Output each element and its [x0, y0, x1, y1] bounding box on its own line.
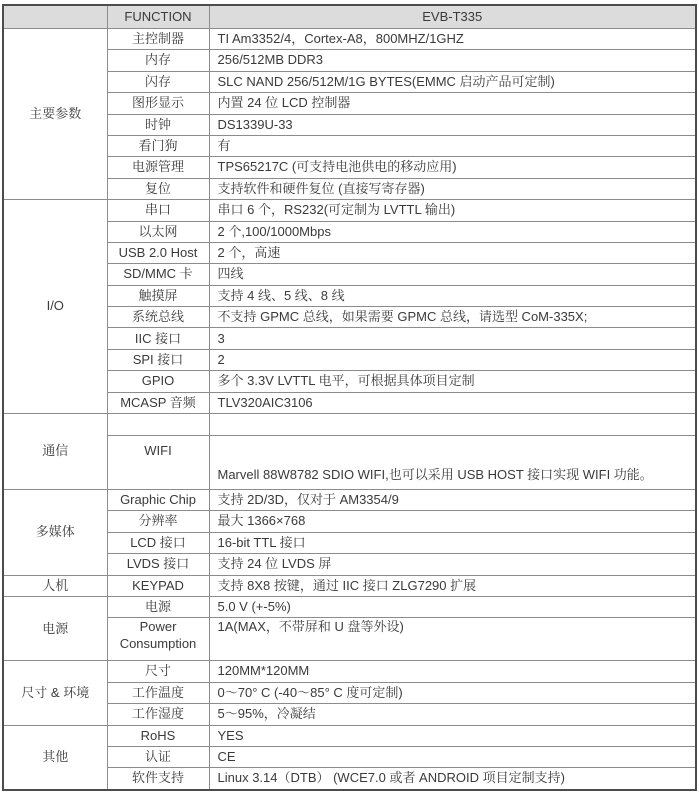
- value-cell: 四线: [209, 264, 696, 285]
- function-cell: 串口: [107, 200, 209, 221]
- function-cell: RoHS: [107, 725, 209, 746]
- table-row: GPIO多个 3.3V LVTTL 电平，可根据具体项目定制: [3, 371, 696, 392]
- table-row: 时钟DS1339U-33: [3, 114, 696, 135]
- table-row: 图形显示内置 24 位 LCD 控制器: [3, 93, 696, 114]
- category-cell: 人机: [3, 575, 107, 596]
- table-row: SD/MMC 卡四线: [3, 264, 696, 285]
- table-row: MCASP 音频TLV320AIC3106: [3, 392, 696, 413]
- function-cell: 认证: [107, 746, 209, 767]
- table-row: I/O串口串口 6 个，RS232(可定制为 LVTTL 输出): [3, 200, 696, 221]
- value-cell: 内置 24 位 LCD 控制器: [209, 93, 696, 114]
- table-row: 系统总线不支持 GPMC 总线，如果需要 GPMC 总线，请选型 CoM-335…: [3, 307, 696, 328]
- function-cell: SPI 接口: [107, 349, 209, 370]
- header-function-cell: FUNCTION: [107, 5, 209, 29]
- value-cell: CE: [209, 746, 696, 767]
- value-cell: 串口 6 个，RS232(可定制为 LVTTL 输出): [209, 200, 696, 221]
- value-cell: 支持 2D/3D，仅对于 AM3354/9: [209, 490, 696, 511]
- table-row: 多媒体Graphic Chip支持 2D/3D，仅对于 AM3354/9: [3, 490, 696, 511]
- table-row: Power Consumption1A(MAX，不带屏和 U 盘等外设): [3, 618, 696, 661]
- function-cell: 闪存: [107, 71, 209, 92]
- category-cell: 尺寸 & 环境: [3, 661, 107, 725]
- table-row: 其他RoHSYES: [3, 725, 696, 746]
- function-cell: Graphic Chip: [107, 490, 209, 511]
- value-cell: Marvell 88W8782 SDIO WIFI,也可以采用 USB HOST…: [209, 436, 696, 490]
- table-row: 分辨率最大 1366×768: [3, 511, 696, 532]
- function-cell: GPIO: [107, 371, 209, 392]
- function-cell: MCASP 音频: [107, 392, 209, 413]
- table-row: LCD 接口16-bit TTL 接口: [3, 532, 696, 553]
- value-cell: Linux 3.14（DTB） (WCE7.0 或者 ANDROID 项目定制支…: [209, 768, 696, 790]
- function-cell: Power Consumption: [107, 618, 209, 661]
- value-cell: 最大 1366×768: [209, 511, 696, 532]
- table-row: 电源电源5.0 V (+-5%): [3, 596, 696, 617]
- value-cell: 5～95%，冷凝结: [209, 704, 696, 725]
- table-body: 主要参数主控制器TI Am3352/4，Cortex-A8，800MHZ/1GH…: [3, 29, 696, 790]
- table-row: 软件支持Linux 3.14（DTB） (WCE7.0 或者 ANDROID 项…: [3, 768, 696, 790]
- table-row: WIFIMarvell 88W8782 SDIO WIFI,也可以采用 USB …: [3, 436, 696, 490]
- table-row: 人机KEYPAD支持 8X8 按键，通过 IIC 接口 ZLG7290 扩展: [3, 575, 696, 596]
- category-cell: 电源: [3, 596, 107, 660]
- value-cell: 支持 24 位 LVDS 屏: [209, 554, 696, 575]
- table-row: 闪存SLC NAND 256/512M/1G BYTES(EMMC 启动产品可定…: [3, 71, 696, 92]
- value-cell: 支持 8X8 按键，通过 IIC 接口 ZLG7290 扩展: [209, 575, 696, 596]
- function-cell: [107, 414, 209, 436]
- function-cell: 图形显示: [107, 93, 209, 114]
- value-cell: TPS65217C (可支持电池供电的移动应用): [209, 157, 696, 178]
- function-cell: 尺寸: [107, 661, 209, 682]
- page: FUNCTION EVB-T335 主要参数主控制器TI Am3352/4，Co…: [0, 0, 699, 793]
- function-cell: 系统总线: [107, 307, 209, 328]
- value-cell: SLC NAND 256/512M/1G BYTES(EMMC 启动产品可定制): [209, 71, 696, 92]
- value-cell: TLV320AIC3106: [209, 392, 696, 413]
- category-cell: 其他: [3, 725, 107, 790]
- table-row: 电源管理TPS65217C (可支持电池供电的移动应用): [3, 157, 696, 178]
- table-row: 以太网2 个,100/1000Mbps: [3, 221, 696, 242]
- table-row: 主要参数主控制器TI Am3352/4，Cortex-A8，800MHZ/1GH…: [3, 29, 696, 50]
- value-cell: DS1339U-33: [209, 114, 696, 135]
- value-cell: 3: [209, 328, 696, 349]
- table-row: 认证CE: [3, 746, 696, 767]
- function-cell: 以太网: [107, 221, 209, 242]
- value-cell: 支持软件和硬件复位 (直接写寄存器): [209, 178, 696, 199]
- value-cell: 5.0 V (+-5%): [209, 596, 696, 617]
- value-cell: TI Am3352/4，Cortex-A8，800MHZ/1GHZ: [209, 29, 696, 50]
- table-row: 触摸屏支持 4 线、5 线、8 线: [3, 285, 696, 306]
- value-cell: 120MM*120MM: [209, 661, 696, 682]
- function-cell: WIFI: [107, 436, 209, 490]
- header-row: FUNCTION EVB-T335: [3, 5, 696, 29]
- table-row: 看门狗有: [3, 135, 696, 156]
- function-cell: 电源: [107, 596, 209, 617]
- category-cell: 多媒体: [3, 490, 107, 576]
- header-category-cell: [3, 5, 107, 29]
- value-cell: 2 个，高速: [209, 242, 696, 263]
- category-cell: I/O: [3, 200, 107, 414]
- function-cell: 主控制器: [107, 29, 209, 50]
- function-cell: 工作湿度: [107, 704, 209, 725]
- table-row: 复位支持软件和硬件复位 (直接写寄存器): [3, 178, 696, 199]
- value-cell: 有: [209, 135, 696, 156]
- value-cell: 多个 3.3V LVTTL 电平，可根据具体项目定制: [209, 371, 696, 392]
- function-cell: IIC 接口: [107, 328, 209, 349]
- function-cell: SD/MMC 卡: [107, 264, 209, 285]
- value-cell: 1A(MAX，不带屏和 U 盘等外设): [209, 618, 696, 661]
- function-cell: 软件支持: [107, 768, 209, 790]
- value-cell: 256/512MB DDR3: [209, 50, 696, 71]
- function-cell: KEYPAD: [107, 575, 209, 596]
- function-cell: LCD 接口: [107, 532, 209, 553]
- value-cell: 16-bit TTL 接口: [209, 532, 696, 553]
- value-cell: 2: [209, 349, 696, 370]
- function-cell: 看门狗: [107, 135, 209, 156]
- function-cell: USB 2.0 Host: [107, 242, 209, 263]
- table-row: 工作温度0～70° C (-40～85° C 度可定制): [3, 682, 696, 703]
- table-row: 尺寸 & 环境尺寸120MM*120MM: [3, 661, 696, 682]
- function-cell: LVDS 接口: [107, 554, 209, 575]
- table-row: USB 2.0 Host2 个，高速: [3, 242, 696, 263]
- value-cell: 不支持 GPMC 总线，如果需要 GPMC 总线，请选型 CoM-335X;: [209, 307, 696, 328]
- value-cell: [209, 414, 696, 436]
- function-cell: 时钟: [107, 114, 209, 135]
- function-cell: 分辨率: [107, 511, 209, 532]
- function-cell: 复位: [107, 178, 209, 199]
- table-row: IIC 接口3: [3, 328, 696, 349]
- function-cell: 电源管理: [107, 157, 209, 178]
- category-cell: 通信: [3, 414, 107, 490]
- value-cell: 0～70° C (-40～85° C 度可定制): [209, 682, 696, 703]
- table-row: 工作湿度5～95%，冷凝结: [3, 704, 696, 725]
- spec-table: FUNCTION EVB-T335 主要参数主控制器TI Am3352/4，Co…: [2, 4, 697, 791]
- table-row: LVDS 接口支持 24 位 LVDS 屏: [3, 554, 696, 575]
- value-cell: 支持 4 线、5 线、8 线: [209, 285, 696, 306]
- table-row: 内存256/512MB DDR3: [3, 50, 696, 71]
- value-cell: YES: [209, 725, 696, 746]
- table-row: 通信: [3, 414, 696, 436]
- header-value-cell: EVB-T335: [209, 5, 696, 29]
- table-row: SPI 接口2: [3, 349, 696, 370]
- function-cell: 内存: [107, 50, 209, 71]
- function-cell: 工作温度: [107, 682, 209, 703]
- function-cell: 触摸屏: [107, 285, 209, 306]
- value-cell: 2 个,100/1000Mbps: [209, 221, 696, 242]
- category-cell: 主要参数: [3, 29, 107, 200]
